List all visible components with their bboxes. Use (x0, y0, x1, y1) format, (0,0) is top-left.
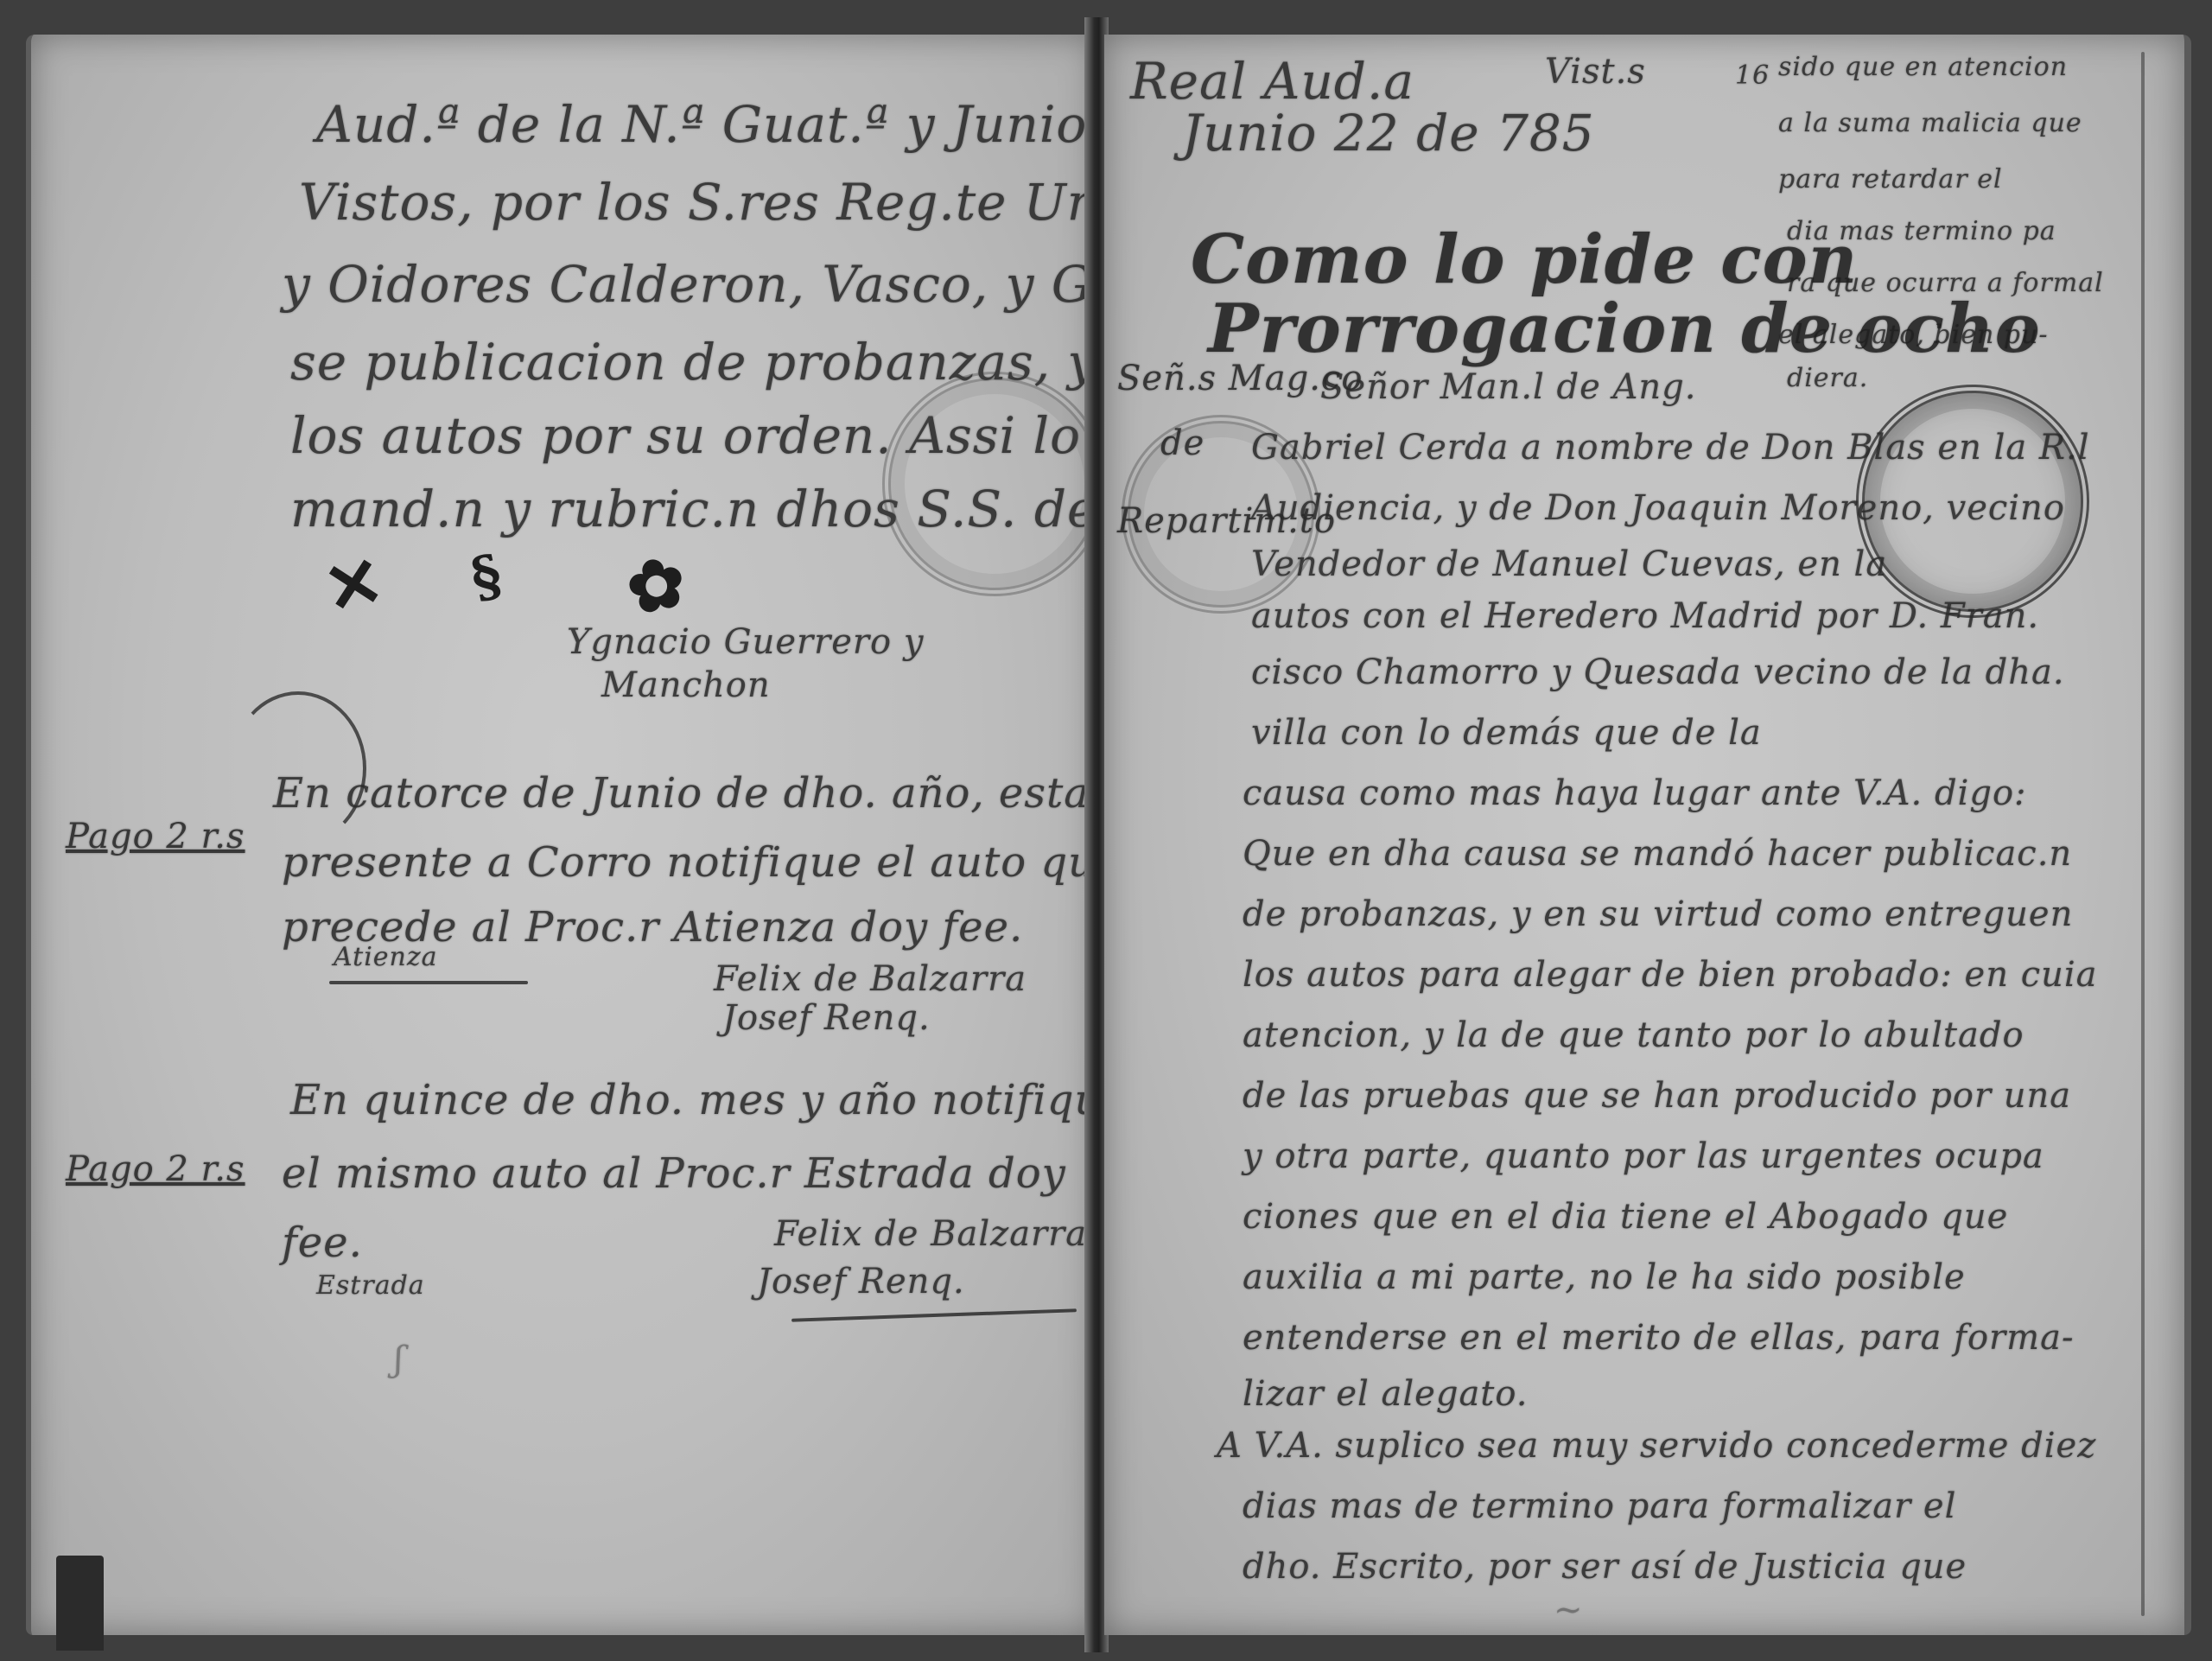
top-column-line-3: para retardar el (1778, 164, 2003, 194)
notification-2-line-3: fee. (282, 1219, 363, 1267)
body-line-15: ciones que en el dia tiene el Abogado qu… (1243, 1197, 2008, 1237)
corner-mark: Vist.s (1545, 52, 1646, 92)
body-line-8: causa como mas haya lugar ante V.A. digo… (1243, 773, 2027, 813)
body-line-5: autos con el Heredero Madrid por D. Fran… (1251, 596, 2039, 636)
signature-guerrero-2: Manchon (601, 665, 771, 705)
body-line-17: entenderse en el merito de ellas, para f… (1243, 1318, 2074, 1358)
rubric-mark-2: § (466, 542, 507, 611)
body-line-12: atencion, y la de que tanto por lo abult… (1243, 1015, 2024, 1055)
signature-renq-2: Josef Renq. (757, 1262, 965, 1301)
notification-1-line-2: presente a Corro notifique el auto que (282, 838, 1096, 887)
official-seal-left (882, 372, 1096, 596)
petition-line-3: dho. Escrito, por ser así de Justicia qu… (1243, 1547, 1967, 1587)
body-line-9: Que en dha causa se mandó hacer publicac… (1243, 834, 2072, 874)
margin-note-pago-2: Pago 2 r.s (66, 1149, 245, 1189)
rubric-mark-1: ✕ (317, 539, 391, 631)
signature-renq-1: Josef Renq. (722, 998, 931, 1038)
flourish-icon (230, 691, 366, 845)
end-flourish: ~ (1554, 1590, 1584, 1630)
body-line-7: villa con lo demás que de la (1251, 713, 1762, 753)
pen-scribble: ʃ (394, 1340, 404, 1379)
margin-note-de: de (1160, 423, 1205, 463)
signature-guerrero-1: Ygnacio Guerrero y (567, 622, 924, 662)
signature-estrada: Estrada (316, 1270, 425, 1301)
signature-balzarra-2: Felix de Balzarra (774, 1214, 1087, 1254)
body-line-18: lizar el alegato. (1243, 1374, 1528, 1414)
header-real-audiencia: Real Aud.a (1130, 52, 1414, 111)
body-line-14: y otra parte, quanto por las urgentes oc… (1243, 1136, 2044, 1176)
body-line-13: de las pruebas que se han producido por … (1243, 1076, 2071, 1116)
signature-atienza: Atienza (334, 942, 438, 972)
decree-line-3: y Oidores Calderon, Vasco, y Gard.ª: Hag… (282, 255, 1096, 314)
body-line-4: Vendedor de Manuel Cuevas, en la (1251, 544, 1887, 584)
signature-underline (329, 981, 528, 984)
notification-2-line-1: En quince de dho. mes y año notifique (290, 1076, 1096, 1124)
signature-underline (791, 1308, 1077, 1322)
top-column-line-1: sido que en atencion (1778, 52, 2068, 82)
petition-line-2: dias mas de termino para formalizar el (1243, 1486, 1956, 1526)
decree-line-1: Aud.ª de la N.ª Guat.ª y Junio 22 de 178… (316, 95, 1096, 154)
right-folio: Real Aud.a Junio 22 de 785 Vist.s 16 sid… (1104, 35, 2191, 1635)
margin-note-pago-1: Pago 2 r.s (66, 817, 245, 856)
body-line-11: los autos para alegar de bien probado: e… (1243, 955, 2098, 995)
manuscript-spread: Aud.ª de la N.ª Guat.ª y Junio 22 de 178… (0, 0, 2212, 1661)
notification-2-line-2: el mismo auto al Proc.r Estrada doy (282, 1149, 1066, 1198)
body-line-6: cisco Chamorro y Quesada vecino de la dh… (1251, 652, 2065, 692)
body-line-10: de probanzas, y en su virtud como entreg… (1243, 894, 2073, 934)
signature-balzarra-1: Felix de Balzarra (714, 959, 1027, 999)
header-date: Junio 22 de 785 (1182, 104, 1595, 162)
folio-number: 16 (1735, 60, 1770, 91)
body-line-3: Audiencia, y de Don Joaquin Moreno, veci… (1251, 488, 2065, 528)
binding-tab (56, 1556, 104, 1651)
heading-line-2: Prorrogacion de ocho (1208, 290, 2041, 368)
left-folio: Aud.ª de la N.ª Guat.ª y Junio 22 de 178… (26, 35, 1096, 1635)
decree-line-2: Vistos, por los S.res Reg.te Urrutia (299, 173, 1096, 232)
heading-line-1: Como lo pide con (1191, 220, 1858, 299)
top-column-line-2: a la suma malicia que (1778, 108, 2082, 138)
body-line-1: Señor Man.l de Ang. (1320, 367, 1697, 407)
petition-line-1: A V.A. suplico sea muy servido concederm… (1217, 1426, 2096, 1466)
notification-1-line-1: En catorce de Junio de dho. año, estando (273, 769, 1096, 818)
page-edge-line (2141, 52, 2145, 1616)
body-line-2: Gabriel Cerda a nombre de Don Blas en la… (1251, 428, 2090, 468)
rubric-mark-3: ✿ (620, 539, 693, 631)
body-line-16: auxilia a mi parte, no le ha sido posibl… (1243, 1257, 1966, 1297)
